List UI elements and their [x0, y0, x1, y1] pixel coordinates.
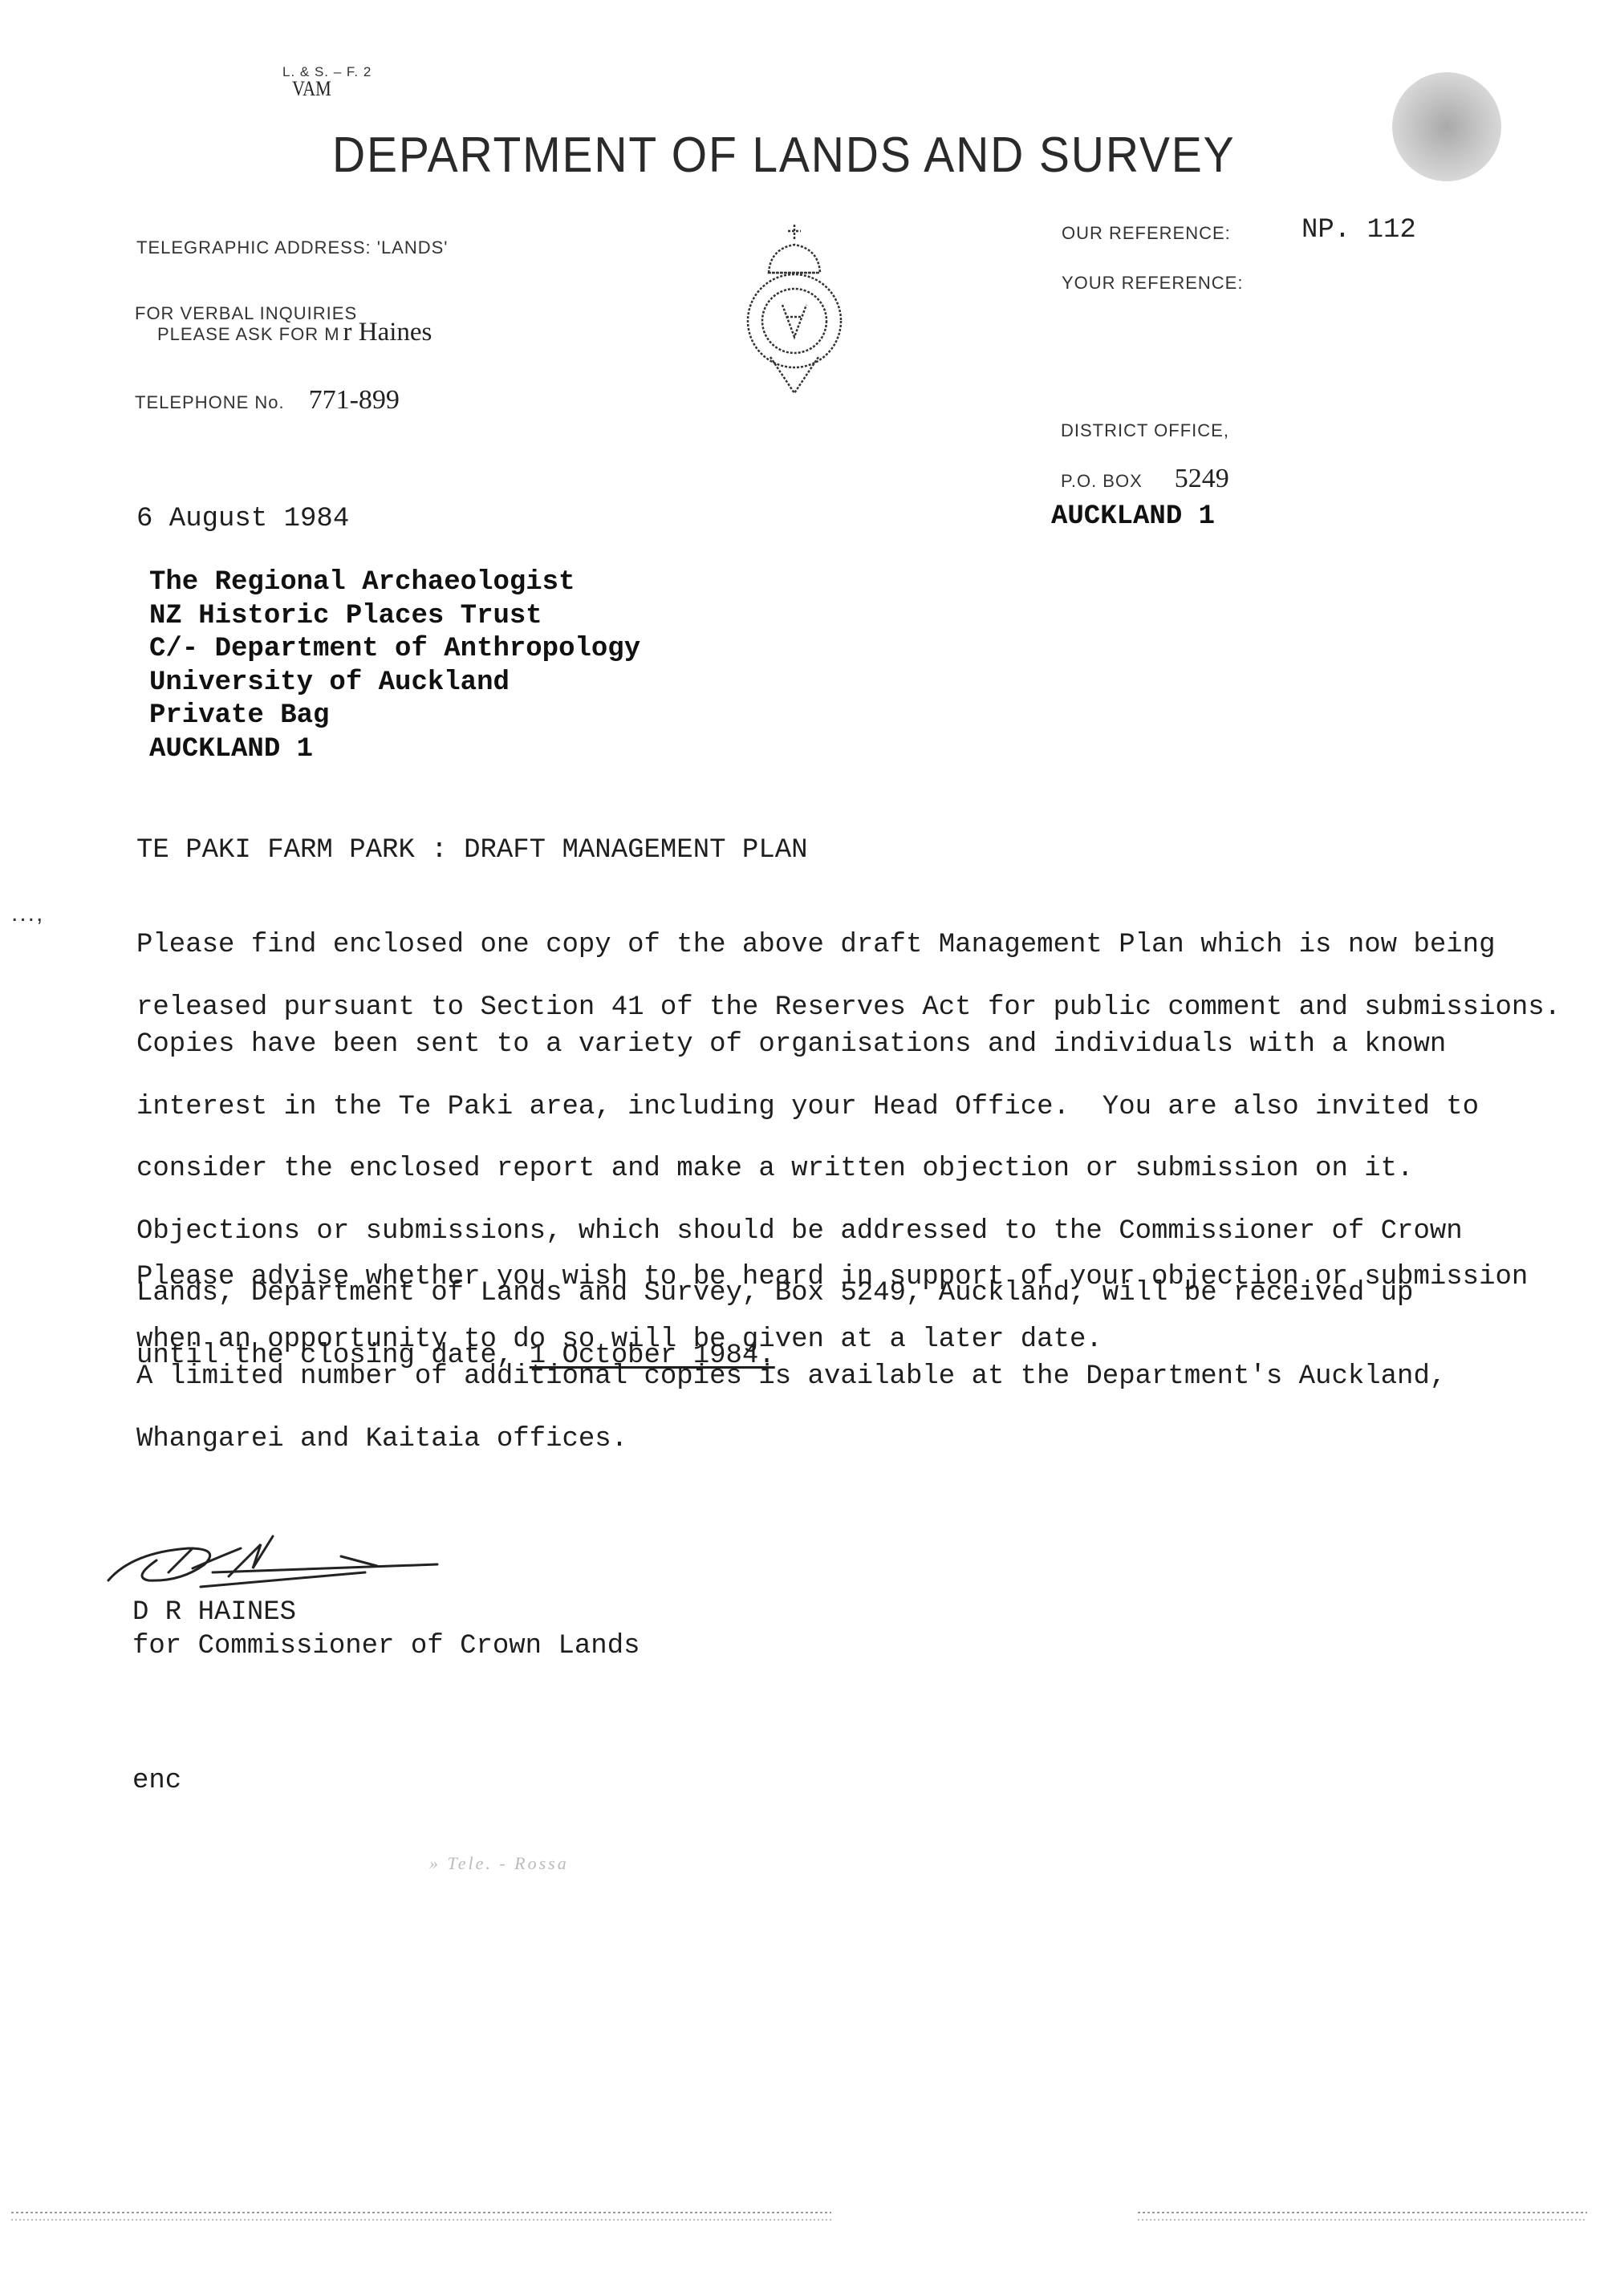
paragraph-line: Please find enclosed one copy of the abo…	[136, 929, 1561, 963]
contact-name: r Haines	[343, 318, 432, 347]
address-line: University of Auckland	[149, 667, 640, 700]
district-office-label: DISTRICT OFFICE,	[1061, 420, 1229, 441]
footer-divider	[1138, 2212, 1587, 2213]
ask-for-label: PLEASE ASK FOR M	[157, 324, 340, 344]
round-stamp-icon	[1392, 72, 1501, 181]
telegraphic-address: TELEGRAPHIC ADDRESS: 'LANDS'	[136, 237, 449, 258]
letter-date: 6 August 1984	[136, 503, 349, 537]
enclosure-note: enc	[132, 1765, 181, 1799]
paragraph-line: Whangarei and Kaitaia offices.	[136, 1423, 1446, 1457]
telephone-label: TELEPHONE No.	[135, 392, 285, 412]
po-box-number: 5249	[1175, 464, 1229, 493]
po-box-line: P.O. BOX 5249	[1061, 464, 1229, 494]
our-reference-value: NP. 112	[1301, 215, 1416, 245]
department-title: DEPARTMENT OF LANDS AND SURVEY	[332, 127, 1235, 184]
address-line: Private Bag	[149, 700, 640, 733]
footer-divider	[11, 2219, 831, 2221]
paragraph-line: consider the enclosed report and make a …	[136, 1153, 1479, 1187]
paragraph-line: A limited number of additional copies is…	[136, 1361, 1446, 1394]
telephone-number: 771-899	[309, 385, 400, 415]
address-line: NZ Historic Places Trust	[149, 600, 640, 634]
file-initials: VAM	[292, 77, 331, 101]
margin-mark: ...,	[11, 900, 44, 927]
subject-line: TE PAKI FARM PARK : DRAFT MANAGEMENT PLA…	[136, 834, 808, 868]
signatory-title: for Commissioner of Crown Lands	[132, 1630, 640, 1664]
office-city: AUCKLAND 1	[1051, 501, 1215, 534]
our-reference-label: OUR REFERENCE:	[1062, 223, 1231, 244]
signatory-name: D R HAINES	[132, 1596, 296, 1630]
your-reference-label: YOUR REFERENCE:	[1062, 273, 1243, 294]
recipient-address: The Regional Archaeologist NZ Historic P…	[149, 566, 640, 766]
contact-line: PLEASE ASK FOR M r Haines	[157, 318, 432, 347]
handwritten-signature-icon	[100, 1524, 445, 1596]
paragraph-4: A limited number of additional copies is…	[136, 1332, 1446, 1470]
faint-handwritten-note: » Tele. - Rossa	[429, 1853, 569, 1874]
po-box-label: P.O. BOX	[1061, 471, 1143, 491]
paragraph-line: interest in the Te Paki area, including …	[136, 1091, 1479, 1125]
telephone-line: TELEPHONE No. 771-899	[135, 385, 400, 416]
address-line: C/- Department of Anthropology	[149, 633, 640, 667]
address-line: The Regional Archaeologist	[149, 566, 640, 600]
crown-seal-icon	[738, 217, 851, 401]
footer-divider	[1138, 2219, 1587, 2221]
paragraph-line: Copies have been sent to a variety of or…	[136, 1028, 1479, 1062]
footer-divider	[11, 2212, 831, 2213]
address-line: AUCKLAND 1	[149, 733, 640, 767]
paragraph-line: Please advise whether you wish to be hea…	[136, 1261, 1528, 1295]
